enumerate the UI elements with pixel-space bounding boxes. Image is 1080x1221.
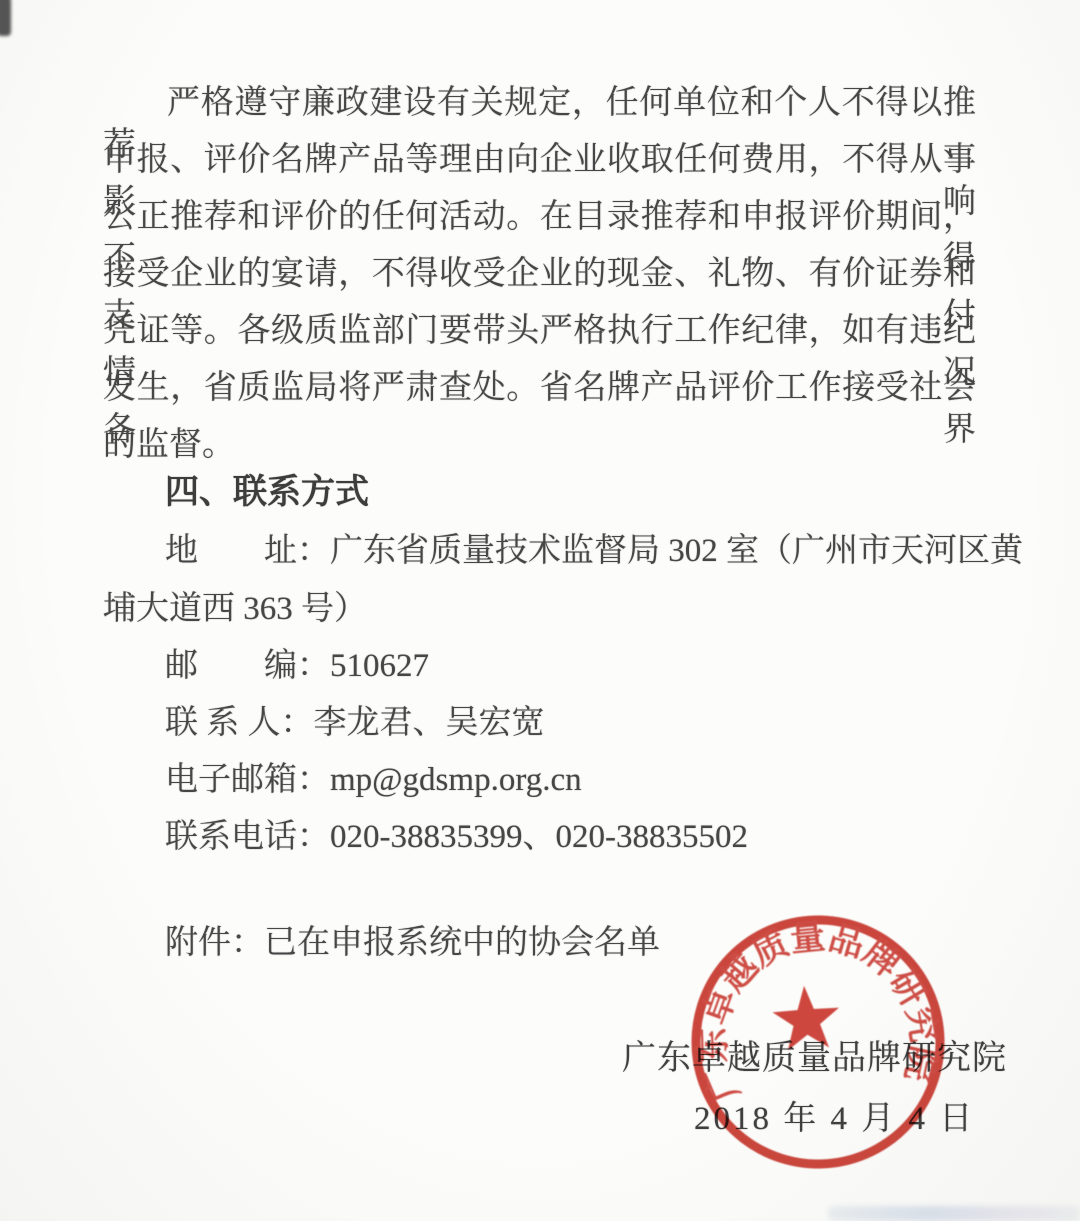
paragraph-line: 的监督。 (103, 424, 235, 466)
seal-star-icon (771, 984, 842, 1052)
attachment-line: 附件：已在申报系统中的协会名单 (165, 922, 660, 964)
seal-ring-text: 广东卓越质量品牌研究院 (685, 909, 948, 1108)
contact-line-postcode: 邮 编：510627 (165, 645, 429, 687)
contact-line-phone: 联系电话：020-38835399、020-38835502 (165, 816, 748, 858)
seal-graphic: 广东卓越质量品牌研究院 (679, 903, 957, 1181)
contact-line-address-2: 埔大道西 363 号） (103, 588, 367, 630)
scan-artifact-blob (0, 0, 11, 36)
scanned-document-page: 严格遵守廉政建设有关规定，任何单位和个人不得以推荐、 申报、评价名牌产品等理由向… (0, 0, 1080, 1221)
contact-line-email: 电子邮箱：mp@gdsmp.org.cn (165, 759, 582, 801)
section-heading: 四、联系方式 (165, 471, 369, 513)
contact-line-address: 地 址：广东省质量技术监督局 302 室（广州市天河区黄 (165, 530, 1023, 572)
scan-artifact-smudge (828, 1206, 1080, 1221)
contact-line-person: 联 系 人：李龙君、吴宏宽 (165, 702, 545, 744)
official-seal: 广东卓越质量品牌研究院 (679, 903, 957, 1181)
